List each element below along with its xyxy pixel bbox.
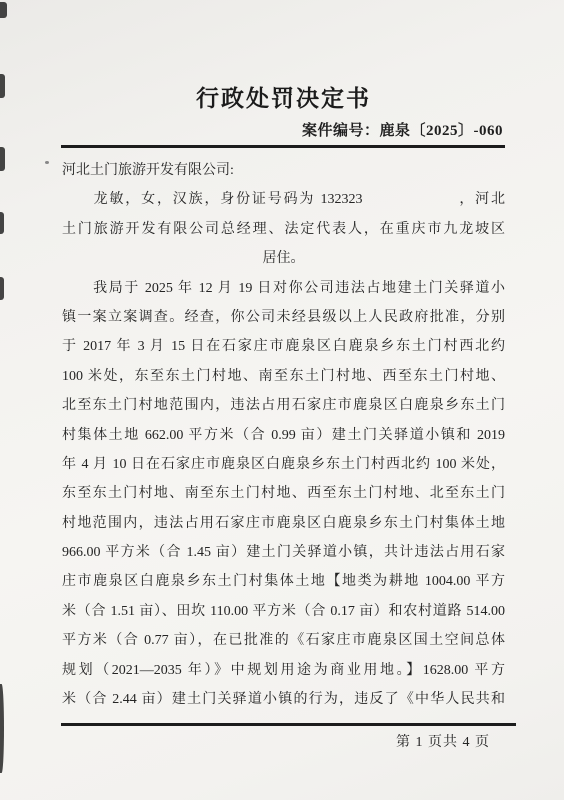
body-line: 居住。 <box>62 244 505 273</box>
body-line: 规划（2021—2035 年）》中规划用途为商业用地。】1628.00 平方 <box>62 656 505 685</box>
scan-artifact <box>0 277 4 300</box>
scan-artifact <box>0 147 5 171</box>
body-line: 镇一案立案调查。经查，你公司未经县级以上人民政府批准，分别 <box>62 303 505 332</box>
body-line: 米（合 2.44 亩）建土门关驿道小镇的行为，违反了《中华人民共和 <box>62 685 505 714</box>
body-line: 100 米处，东至东土门村地、南至东土门村地、西至东土门村地、 <box>62 362 505 391</box>
body-line: 龙敏，女，汉族，身份证号码为 132323 ，河北 <box>62 185 505 214</box>
scan-artifact <box>0 684 4 773</box>
body-line: 米（合 1.51 亩）、田坎 110.00 平方米（合 0.17 亩）和农村道路… <box>62 597 505 626</box>
footer-rule <box>61 723 516 726</box>
scanned-document-page: 行政处罚决定书 案件编号：鹿泉〔2025〕-060 河北土门旅游开发有限公司: … <box>0 0 564 800</box>
body-line: 北至东土门村地范围内，违法占用石家庄市鹿泉区白鹿泉乡东土门 <box>62 391 505 420</box>
header-rule <box>61 145 505 148</box>
page-indicator: 第 1 页共 4 页 <box>396 731 490 751</box>
body-line: 平方米（合 0.77 亩），在已批准的《石家庄市鹿泉区国土空间总体 <box>62 626 505 655</box>
body-line: 村集体土地 662.00 平方米（合 0.99 亩）建土门关驿道小镇和 2019 <box>62 421 505 450</box>
scan-artifact <box>0 2 7 18</box>
body-line: 庄市鹿泉区白鹿泉乡东土门村集体土地【地类为耕地 1004.00 平方 <box>62 567 505 596</box>
case-number: 案件编号：鹿泉〔2025〕-060 <box>302 119 503 140</box>
body-line: 村地范围内，违法占用石家庄市鹿泉区白鹿泉乡东土门村集体土地 <box>62 509 505 538</box>
body-line: 东至东土门村地、南至东土门村地、西至东土门村地、北至东土门 <box>62 479 505 508</box>
scan-artifact <box>0 212 4 234</box>
body-line: 土门旅游开发有限公司总经理、法定代表人，在重庆市九龙坡区 <box>62 215 505 244</box>
document-title: 行政处罚决定书 <box>62 80 505 113</box>
document-body: 河北土门旅游开发有限公司: 龙敏，女，汉族，身份证号码为 132323 ，河北土… <box>62 156 505 714</box>
body-line: 于 2017 年 3 月 15 日在石家庄市鹿泉区白鹿泉乡东土门村西北约 <box>62 332 505 361</box>
body-line: 年 4 月 10 日在石家庄市鹿泉区白鹿泉乡东土门村西北约 100 米处， <box>62 450 505 479</box>
scan-artifact <box>0 74 5 98</box>
body-line: 我局于 2025 年 12 月 19 日对你公司违法占地建土门关驿道小 <box>62 274 505 303</box>
body-line: 966.00 平方米（合 1.45 亩）建土门关驿道小镇，共计违法占用石家 <box>62 538 505 567</box>
scan-speckle <box>45 161 49 164</box>
body-line: 河北土门旅游开发有限公司: <box>62 156 505 185</box>
